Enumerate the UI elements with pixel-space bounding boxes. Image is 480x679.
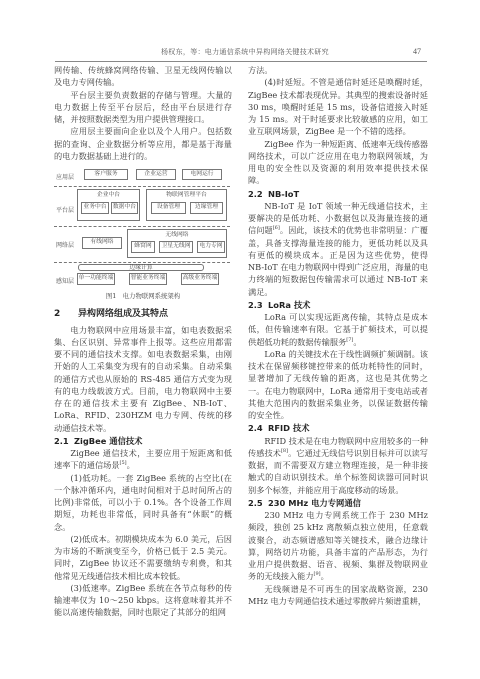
paragraph-text: ZigBee 通信技术，主要应用于短距离和低速率下的通信场景: [54, 448, 232, 470]
section-number: 2.5: [248, 497, 268, 509]
paragraph: (3)低速率。ZigBee 系统在各节点每秒的传输速率仅为 10～250 kbp…: [54, 582, 232, 619]
paragraph: LoRa 可以实现远距离传输，其特点是成本低，但传输速率有限。它基于扩频技术，可…: [248, 311, 428, 348]
paragraph-text: LoRa 可以实现远距离传输，其特点是成本低，但传输速率有限。它基于扩频技术，可…: [248, 312, 428, 347]
citation: [9]: [314, 571, 321, 577]
paragraph: ZigBee 通信技术，主要应用于短距离和低速率下的通信场景[5]。: [54, 447, 232, 472]
running-title: 杨权东，等：电力通信系统中异构网络关键技术研究: [161, 47, 329, 57]
section-title: 异构网络组成及其特点: [78, 309, 168, 319]
paragraph: 平台层主要负责数据的存储与管理。大量的电力数据上传至平台层后，经由平台层进行存储…: [54, 89, 232, 126]
paragraph: 网传输、传统蜂窝网络传输、卫星无线网传输以及电力专网传输。: [54, 64, 232, 89]
section-heading: 2异构网络组成及其特点: [54, 308, 232, 320]
layer-label-app: 应用层: [56, 172, 74, 184]
group-title: 企业中台: [78, 191, 139, 199]
paragraph-text: 。: [353, 337, 361, 347]
subsection-heading: 2.4RFID 技术: [248, 422, 428, 434]
paragraph: (2)低成本。初期模块成本为 6.0 美元，后因为市场的不断演变至今，价格已低于…: [54, 533, 232, 582]
citation: [5]: [120, 460, 127, 466]
left-column: 网传输、传统蜂窝网络传输、卫星无线网传输以及电力专网传输。 平台层主要负责数据的…: [54, 64, 232, 619]
paragraph: ZigBee 作为一种短距离、低速率无线传感器网络技术，可以广泛应用在电力物联网…: [248, 138, 428, 187]
wired-network-box: 有线网络: [82, 237, 122, 249]
paragraph: 电力物联网中应用场景丰富，如电表数据采集、台区识别、异常事件上报等。这些应用都需…: [54, 324, 232, 434]
platform-box: 业务中台: [81, 202, 109, 214]
paragraph: 230 MHz 电力专网系统工作于 230 MHz 频段，独创 25 kHz 离…: [248, 509, 428, 583]
paragraph: (1)低功耗。一套 ZigBee 系统的占空比(在一个脉冲循环内，通电时间相对于…: [54, 472, 232, 533]
section-number: 2.2: [248, 188, 268, 200]
app-box: 电网运行: [182, 169, 222, 180]
paragraph: RFID 技术是在电力物联网中应用较多的一种传感技术[8]。它通过无线信号识别目…: [248, 435, 428, 496]
paragraph-text: 。因此，该技术的优势也非常明显：广覆盖，具备支撑海量连接的能力，更低功耗以及具有…: [248, 225, 428, 296]
group-title: 无线网络: [128, 231, 226, 239]
wireless-box: 蜂窝网: [131, 241, 155, 253]
page-number: 47: [413, 47, 421, 56]
layer-label-network: 网络层: [56, 240, 74, 252]
paragraph: 应用层主要面向企业以及个人用户。包括数据的查询、企业数据分析等应用，都是基于海量…: [54, 125, 232, 162]
edge-computing-bar: 边缘计算: [78, 264, 204, 271]
group-title: 物联网管理平台: [147, 191, 226, 199]
section-number: 2.3: [248, 299, 268, 311]
section-number: 2: [54, 308, 78, 320]
iot-platform-group: 物联网管理平台 设备管理 边缘管理: [146, 189, 227, 221]
paragraph: 方法。: [248, 64, 428, 76]
layer-divider: [54, 262, 230, 263]
right-column: 方法。 (4)时延短。不管是通信时延还是唤醒时延，ZigBee 技术都表现优异。…: [248, 64, 428, 607]
section-title: NB-IoT: [268, 189, 299, 199]
section-number: 2.1: [54, 435, 74, 447]
app-box: 客户服务: [84, 169, 128, 180]
paragraph: (4)时延短。不管是通信时延还是唤醒时延，ZigBee 技术都表现优异。其典型的…: [248, 76, 428, 137]
section-number: 2.4: [248, 422, 268, 434]
terminal-box: 智能业务终端: [129, 273, 167, 285]
subsection-heading: 2.3LoRa 技术: [248, 299, 428, 311]
subsection-heading: 2.1ZigBee 通信技术: [54, 435, 232, 447]
enterprise-platform-group: 企业中台 业务中台 数据中台: [77, 189, 140, 221]
running-head: 杨权东，等：电力通信系统中异构网络关键技术研究 47: [55, 47, 427, 59]
layer-label-platform: 平台层: [56, 205, 74, 217]
paragraph-text: 。: [321, 571, 329, 581]
architecture-figure: 应用层 客户服务 企业运营 电网运行 平台层 企业中台 业务中台 数据中台 物联…: [54, 167, 230, 287]
terminal-box: 单一功能终端: [77, 273, 115, 285]
paragraph-text: 230 MHz 电力专网系统工作于 230 MHz 频段，独创 25 kHz 离…: [248, 510, 428, 581]
citation: [8]: [281, 448, 288, 454]
app-box: 企业运营: [136, 169, 176, 180]
paragraph: 无线频谱是不可再生的国家战略资源，230 MHz 电力专网通信技术通过零散碎片频…: [248, 583, 428, 608]
terminal-box: 高级业务终端: [181, 273, 219, 285]
section-title: ZigBee 通信技术: [74, 436, 142, 446]
section-title: 230 MHz 电力专网通信: [268, 498, 361, 508]
wireless-box: 卫星无线网: [159, 241, 193, 253]
wireless-box: 电力专网: [197, 241, 225, 253]
figure-caption: 图1 电力物联网系统架构: [54, 290, 232, 302]
platform-box: 数据中台: [111, 202, 138, 214]
subsection-heading: 2.5230 MHz 电力专网通信: [248, 497, 428, 509]
platform-box: 设备管理: [151, 202, 186, 214]
paragraph: NB-IoT 是 IoT 领域一种无线通信技术，主要解决的是低功耗、小数据包以及…: [248, 200, 428, 298]
citation: [6]: [273, 225, 280, 231]
wireless-network-group: 无线网络 蜂窝网 卫星无线网 电力专网: [127, 229, 227, 258]
layer-divider: [54, 226, 230, 227]
paragraph-text: 。: [127, 460, 135, 470]
section-title: LoRa 技术: [268, 300, 310, 310]
paragraph: LoRa 的关键技术在于线性调频扩频调制。该技术在保留频移键控带来的低功耗特性的…: [248, 348, 428, 422]
platform-box: 边缘管理: [190, 202, 223, 214]
subsection-heading: 2.2NB-IoT: [248, 188, 428, 200]
layer-divider: [54, 186, 230, 187]
section-title: RFID 技术: [268, 423, 310, 433]
layer-label-sensing: 感知层: [56, 276, 74, 288]
header-rule: [55, 61, 427, 62]
